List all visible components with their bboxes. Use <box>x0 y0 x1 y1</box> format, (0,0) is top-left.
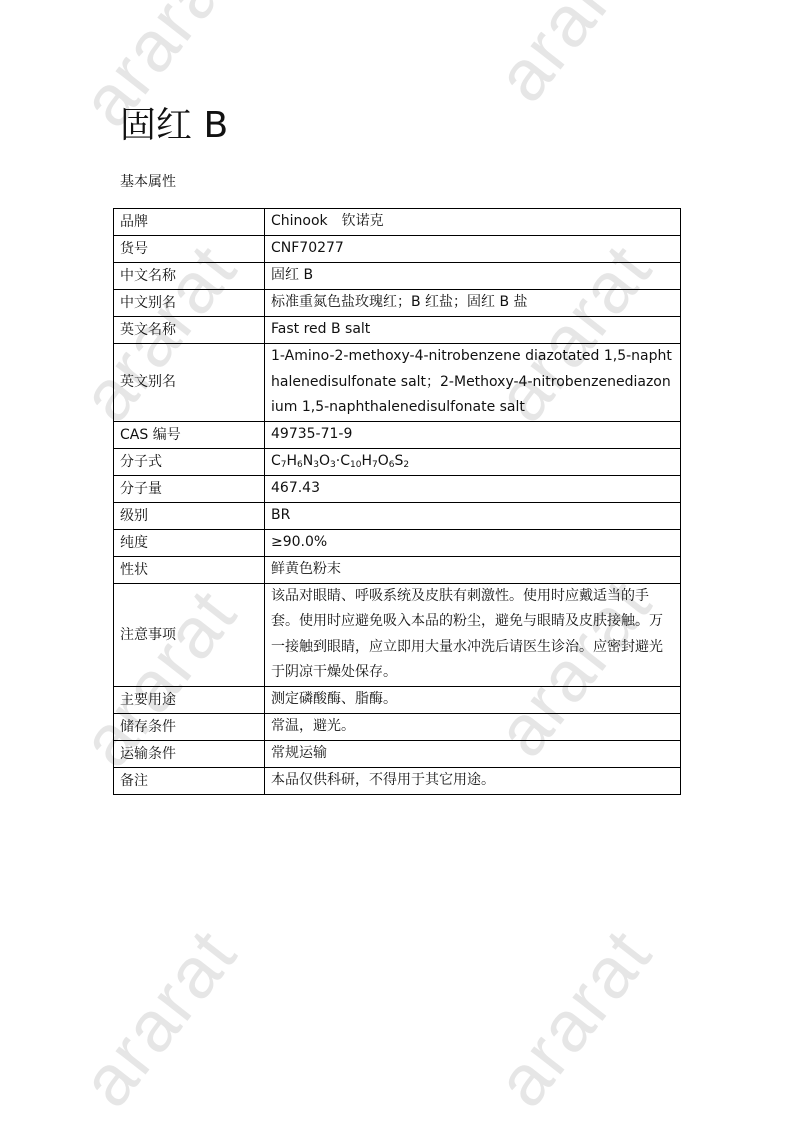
property-key: CAS 编号 <box>114 421 265 448</box>
table-row: 运输条件常规运输 <box>114 740 681 767</box>
watermark: ararat <box>65 914 253 1122</box>
property-key: 主要用途 <box>114 686 265 713</box>
property-value: 测定磷酸酶、脂酶。 <box>265 686 681 713</box>
property-key: 中文名称 <box>114 263 265 290</box>
property-key: 级别 <box>114 502 265 529</box>
property-key: 运输条件 <box>114 740 265 767</box>
property-key: 性状 <box>114 556 265 583</box>
table-row: 分子量467.43 <box>114 475 681 502</box>
table-row: 备注本品仅供科研，不得用于其它用途。 <box>114 767 681 794</box>
property-value: 鲜黄色粉末 <box>265 556 681 583</box>
property-key: 中文别名 <box>114 290 265 317</box>
property-value: 固红 B <box>265 263 681 290</box>
property-key: 英文名称 <box>114 317 265 344</box>
table-row: 主要用途测定磷酸酶、脂酶。 <box>114 686 681 713</box>
watermark: ararat <box>480 914 668 1122</box>
property-key: 储存条件 <box>114 713 265 740</box>
property-value: 467.43 <box>265 475 681 502</box>
table-row: CAS 编号49735-71-9 <box>114 421 681 448</box>
table-row: 英文别名1-Amino-2-methoxy-4-nitrobenzene dia… <box>114 344 681 422</box>
section-label: 基本属性 <box>120 173 176 191</box>
property-key: 纯度 <box>114 529 265 556</box>
table-row: 货号CNF70277 <box>114 236 681 263</box>
table-row: 储存条件常温，避光。 <box>114 713 681 740</box>
table-row: 性状鲜黄色粉末 <box>114 556 681 583</box>
property-value: 该品对眼睛、呼吸系统及皮肤有刺激性。使用时应戴适当的手套。使用时应避免吸入本品的… <box>265 583 681 686</box>
page-title: 固红 B <box>120 104 228 148</box>
table-row: 分子式C7H6N3O3·C10H7O6S2 <box>114 448 681 475</box>
property-key: 分子式 <box>114 448 265 475</box>
property-value: Chinook 钦诺克 <box>265 209 681 236</box>
property-value: 1-Amino-2-methoxy-4-nitrobenzene diazota… <box>265 344 681 422</box>
property-value: ≥90.0% <box>265 529 681 556</box>
formula-value: C7H6N3O3·C10H7O6S2 <box>265 448 681 475</box>
property-value: Fast red B salt <box>265 317 681 344</box>
table-row: 品牌Chinook 钦诺克 <box>114 209 681 236</box>
properties-table: 品牌Chinook 钦诺克 货号CNF70277 中文名称固红 B 中文别名标准… <box>113 208 681 795</box>
property-key: 分子量 <box>114 475 265 502</box>
property-key: 货号 <box>114 236 265 263</box>
property-key: 品牌 <box>114 209 265 236</box>
table-row: 纯度≥90.0% <box>114 529 681 556</box>
table-row: 中文名称固红 B <box>114 263 681 290</box>
property-value: 常规运输 <box>265 740 681 767</box>
property-key: 英文别名 <box>114 344 265 422</box>
property-value: 本品仅供科研，不得用于其它用途。 <box>265 767 681 794</box>
table-row: 级别BR <box>114 502 681 529</box>
table-row: 英文名称Fast red B salt <box>114 317 681 344</box>
property-value: BR <box>265 502 681 529</box>
table-row: 中文别名标准重氮色盐玫瑰红；B 红盐；固红 B 盐 <box>114 290 681 317</box>
watermark: ararat <box>480 0 668 117</box>
property-value: 常温，避光。 <box>265 713 681 740</box>
property-key: 备注 <box>114 767 265 794</box>
table-row: 注意事项该品对眼睛、呼吸系统及皮肤有刺激性。使用时应戴适当的手套。使用时应避免吸… <box>114 583 681 686</box>
property-value: 49735-71-9 <box>265 421 681 448</box>
property-value: 标准重氮色盐玫瑰红；B 红盐；固红 B 盐 <box>265 290 681 317</box>
property-key: 注意事项 <box>114 583 265 686</box>
property-value: CNF70277 <box>265 236 681 263</box>
